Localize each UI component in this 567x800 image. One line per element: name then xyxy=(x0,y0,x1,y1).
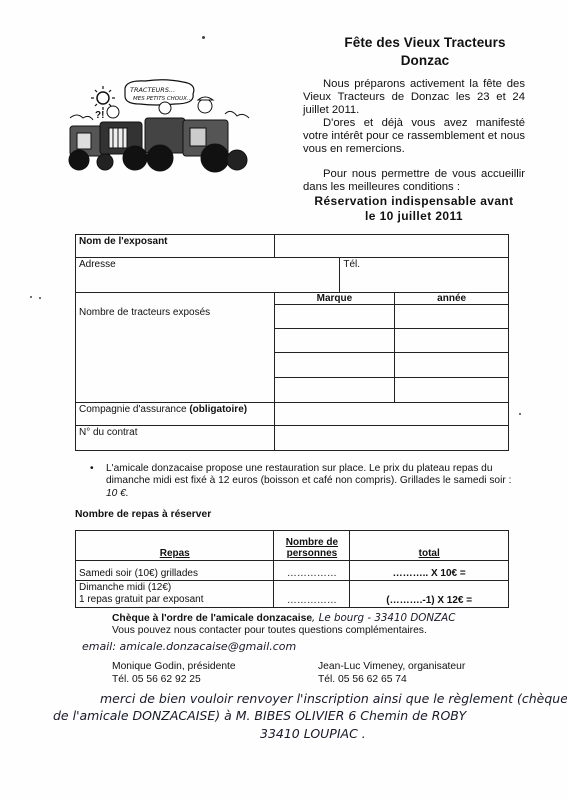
president-phone: Tél. 05 56 62 92 25 xyxy=(112,673,236,686)
deadline-line-2: le 10 juillet 2011 xyxy=(303,209,525,224)
svg-text:MES PETITS CHOUX...: MES PETITS CHOUX... xyxy=(133,96,192,102)
marque-field[interactable] xyxy=(274,305,395,329)
deadline-line-1: Réservation indispensable avant xyxy=(303,194,525,209)
row-tracteurs-header: Nombre de tracteurs exposés Marque année xyxy=(76,293,509,305)
repas-dimanche-label: Dimanche midi (12€)1 repas gratuit par e… xyxy=(76,581,274,608)
svg-text:TRACTEURS...: TRACTEURS... xyxy=(130,86,175,94)
meal-row-dimanche: Dimanche midi (12€)1 repas gratuit par e… xyxy=(76,581,509,608)
row-assurance: Compagnie d'assurance (obligatoire) xyxy=(76,403,509,426)
nombre-samedi-field[interactable]: …………… xyxy=(274,561,350,581)
event-title-location: Donzac xyxy=(300,52,550,70)
nom-field[interactable] xyxy=(274,235,508,258)
handwritten-note-line2: de l'amicale DONZACAISE) à M. BIBES OLIV… xyxy=(53,708,466,723)
registration-form-page: TRACTEURS... MES PETITS CHOUX... ?! xyxy=(0,0,567,800)
tractors-cartoon-icon: TRACTEURS... MES PETITS CHOUX... ?! xyxy=(65,78,255,178)
intro-paragraph-2: D'ores et déjà vous avez manifesté votre… xyxy=(303,117,525,156)
meal-row-samedi: Samedi soir (10€) grillades …………… ……….. … xyxy=(76,561,509,581)
cheque-instructions: Chèque à l'ordre de l'amicale donzacaise… xyxy=(112,612,455,625)
annee-field[interactable] xyxy=(395,329,509,353)
annee-field[interactable] xyxy=(395,378,509,403)
svg-text:?!: ?! xyxy=(95,110,104,121)
adresse-label: Adresse xyxy=(79,259,116,270)
handwritten-note-line3: 33410 LOUPIAC . xyxy=(260,726,366,741)
repas-samedi-label: Samedi soir (10€) grillades xyxy=(76,561,274,581)
intro-text: Nous préparons activement la fête des Vi… xyxy=(303,78,525,156)
scan-speck xyxy=(519,413,521,415)
tel-field[interactable]: Tél. xyxy=(340,258,509,293)
intro-paragraph-1: Nous préparons activement la fête des Vi… xyxy=(303,78,525,117)
organiser-contact: Jean-Luc Vimeney, organisateur Tél. 05 5… xyxy=(318,660,465,686)
scan-speck xyxy=(39,297,41,299)
marque-field[interactable] xyxy=(274,378,395,403)
contact-text: Vous pouvez nous contacter pour toutes q… xyxy=(112,625,427,636)
nom-label: Nom de l'exposant xyxy=(76,235,275,258)
scan-speck xyxy=(30,296,32,298)
adresse-field[interactable]: Adresse xyxy=(76,258,340,293)
organiser-name: Jean-Luc Vimeney, organisateur xyxy=(318,660,465,673)
organiser-phone: Tél. 05 56 62 65 74 xyxy=(318,673,465,686)
required-marker: (obligatoire) xyxy=(189,404,247,415)
contrat-field[interactable] xyxy=(274,426,508,451)
repas-heading: Nombre de repas à réserver xyxy=(75,509,211,520)
exhibitor-form-table: Nom de l'exposant Adresse Tél. Nombre de… xyxy=(75,234,509,451)
annee-field[interactable] xyxy=(395,353,509,378)
meal-reservation-table: Repas Nombre depersonnes total Samedi so… xyxy=(75,530,509,608)
handwritten-address: , Le bourg - 33410 DONZAC xyxy=(312,612,455,624)
header-total: total xyxy=(350,531,509,561)
bullet-icon: • xyxy=(90,463,94,475)
intro-text-2: Pour nous permettre de vous accueillir d… xyxy=(303,168,525,194)
nombre-dimanche-field[interactable]: …………… xyxy=(274,581,350,608)
grillades-price: 10 €. xyxy=(106,488,129,499)
marque-field[interactable] xyxy=(274,353,395,378)
handwritten-email: email: amicale.donzacaise@gmail.com xyxy=(82,640,296,653)
row-contrat: N° du contrat xyxy=(76,426,509,451)
marque-header: Marque xyxy=(274,293,395,305)
handwritten-note-line1: merci de bien vouloir renvoyer l'inscrip… xyxy=(100,690,567,708)
assurance-label: Compagnie d'assurance (obligatoire) xyxy=(76,403,275,426)
tel-label: Tél. xyxy=(343,259,360,270)
total-samedi-field[interactable]: ……….. X 10€ = xyxy=(350,561,509,581)
row-nom: Nom de l'exposant xyxy=(76,235,509,258)
restauration-info: • L'amicale donzacaise propose une resta… xyxy=(90,463,520,500)
row-adresse: Adresse Tél. xyxy=(76,258,509,293)
president-name: Monique Godin, présidente xyxy=(112,660,236,673)
event-title: Fête des Vieux Tracteurs Donzac xyxy=(300,34,550,70)
intro-paragraph-3: Pour nous permettre de vous accueillir d… xyxy=(303,168,525,194)
event-title-line1: Fête des Vieux Tracteurs xyxy=(300,34,550,52)
president-contact: Monique Godin, présidente Tél. 05 56 62 … xyxy=(112,660,236,686)
header-nombre: Nombre depersonnes xyxy=(274,531,350,561)
restauration-text: L'amicale donzacaise propose une restaur… xyxy=(106,463,511,486)
reservation-deadline: Réservation indispensable avant le 10 ju… xyxy=(303,194,525,224)
tracteurs-label: Nombre de tracteurs exposés xyxy=(76,293,275,403)
annee-field[interactable] xyxy=(395,305,509,329)
total-dimanche-field[interactable]: (……….-1) X 12€ = xyxy=(350,581,509,608)
assurance-field[interactable] xyxy=(274,403,508,426)
cheque-payee: Chèque à l'ordre de l'amicale donzacaise xyxy=(112,613,312,624)
meal-table-header: Repas Nombre depersonnes total xyxy=(76,531,509,561)
header-repas: Repas xyxy=(76,531,274,561)
annee-header: année xyxy=(395,293,509,305)
scan-speck xyxy=(202,36,205,39)
marque-field[interactable] xyxy=(274,329,395,353)
contrat-label: N° du contrat xyxy=(76,426,275,451)
